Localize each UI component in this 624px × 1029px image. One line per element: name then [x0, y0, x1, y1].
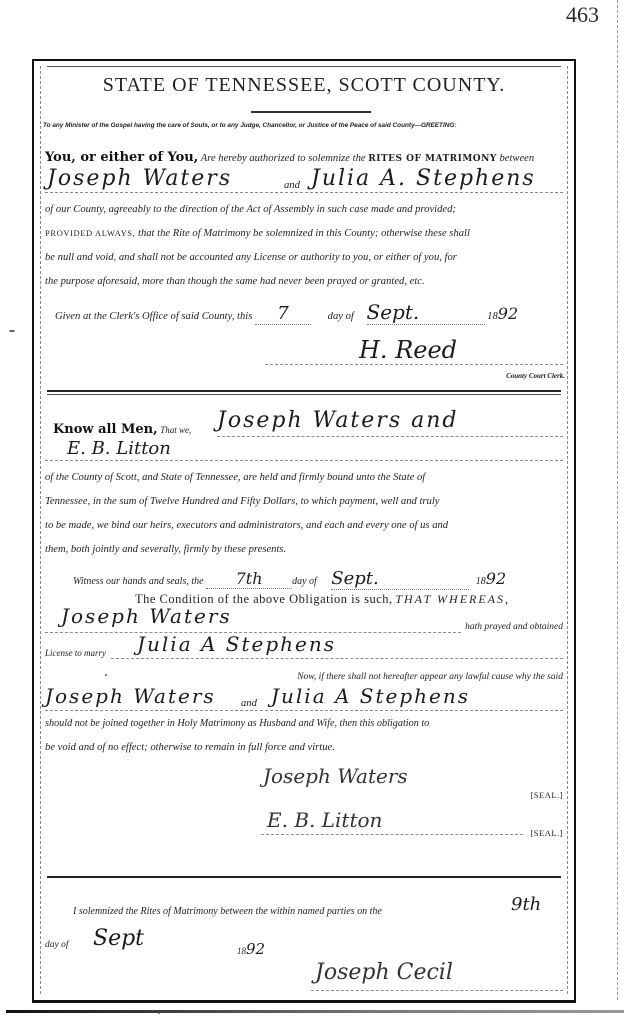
obligor-1[interactable]: Joseph Waters and: [217, 408, 458, 433]
intended-name[interactable]: Julia A Stephens: [137, 632, 336, 656]
license-body-line-3: be null and void, and shall not be accou…: [45, 252, 563, 263]
return-year-suffix[interactable]: 92: [246, 940, 265, 958]
rites-caps: RITES OF MATRIMONY: [368, 154, 497, 164]
witness-line: Witness our hands and seals, the 7thday …: [73, 568, 563, 590]
stray-mark: [105, 674, 107, 676]
day-of-label: day of: [292, 576, 317, 587]
given-prefix: Given at the Clerk's Office of said Coun…: [55, 311, 252, 322]
clerk-signature[interactable]: H. Reed: [359, 336, 457, 364]
bond-body-line-1: of the County of Scott, and State of Ten…: [45, 472, 563, 483]
bond-body-line-4: them, both jointly and severally, firmly…: [45, 544, 563, 555]
bond-body-line-2: Tennessee, in the sum of Twelve Hundred …: [45, 496, 563, 507]
ornament-rule: [251, 111, 371, 113]
know-all-men: Know all Men,: [53, 422, 158, 437]
intended-rule: [111, 658, 563, 659]
authorize-text: Are hereby authorized to solemnize the: [198, 153, 368, 164]
given-line: Given at the Clerk's Office of said Coun…: [55, 300, 563, 325]
page-number: 463: [566, 2, 599, 28]
form-inner-border: STATE OF TENNESSEE, SCOTT COUNTY. To any…: [40, 66, 568, 994]
clerk-title: County Court Clerk.: [506, 372, 565, 380]
witness-day-field[interactable]: 7th: [206, 569, 292, 589]
return-section: I solemnized the Rites of Matrimony betw…: [41, 878, 567, 998]
bond-body-line-5: should not be joined together in Holy Ma…: [45, 718, 563, 729]
given-month-field[interactable]: Sept.: [367, 300, 485, 325]
officiant-signature[interactable]: Joseph Cecil: [315, 960, 453, 985]
whereas: THAT WHEREAS,: [395, 592, 510, 606]
license-body-line-1: of our County, agreeably to the directio…: [45, 204, 563, 215]
provided-rest: that the Rite of Matrimony be solemnized…: [135, 228, 470, 239]
obligor-2-rule: [45, 460, 563, 461]
year-prefix: 18: [476, 576, 486, 587]
witness-year[interactable]: 92: [486, 569, 506, 588]
given-day: 7: [277, 303, 288, 324]
bond-body-line-6: be void and of no effect; otherwise to r…: [45, 742, 563, 753]
license-body-line-2: PROVIDED ALWAYS, that the Rite of Matrim…: [45, 228, 563, 239]
license-body-line-4: the purpose aforesaid, more than though …: [45, 276, 563, 287]
return-year: 1892: [237, 940, 265, 958]
return-month[interactable]: Sept: [93, 926, 144, 951]
license-bond-divider: [47, 390, 561, 392]
hath-prayed: hath prayed and obtained: [465, 622, 563, 632]
witness-month: Sept.: [331, 568, 378, 589]
and-word: and: [284, 180, 300, 191]
seal-1: [SEAL.]: [530, 790, 563, 800]
signature-2-rule: [261, 834, 523, 835]
given-day-field[interactable]: 7: [255, 303, 311, 325]
authorization-line: You, or either of You, Are hereby author…: [45, 150, 563, 165]
and-word: and: [241, 698, 257, 709]
given-month: Sept.: [367, 300, 420, 324]
year-prefix: 18: [487, 311, 498, 322]
return-day[interactable]: 9th: [511, 894, 541, 915]
parties-rule: [45, 710, 563, 711]
signature-1[interactable]: Joseph Waters: [263, 764, 408, 788]
seal-2: [SEAL.]: [530, 828, 563, 838]
bond-body-line-3: to be made, we bind our heirs, executors…: [45, 520, 563, 531]
provided-caps: PROVIDED ALWAYS,: [45, 228, 135, 238]
return-text-line: I solemnized the Rites of Matrimony betw…: [73, 906, 563, 917]
form-title: STATE OF TENNESSEE, SCOTT COUNTY.: [41, 74, 567, 97]
bride-name[interactable]: Julia A. Stephens: [311, 166, 536, 191]
now-if-line: Now, if there shall not hereafter appear…: [297, 672, 563, 682]
party-1-name[interactable]: Joseph Waters: [45, 684, 216, 708]
year-prefix: 18: [237, 946, 246, 956]
names-rule: [45, 192, 563, 193]
given-year[interactable]: 92: [498, 304, 518, 323]
day-of-label: day of: [328, 311, 354, 322]
witness-prefix: Witness our hands and seals, the: [73, 576, 204, 587]
license-bond-divider-inner: [47, 394, 561, 395]
party-2-name[interactable]: Julia A Stephens: [271, 684, 470, 708]
that-we: That we,: [160, 425, 191, 435]
signature-2[interactable]: E. B. Litton: [267, 808, 382, 832]
between-word: between: [497, 153, 534, 164]
clerk-signature-rule: [265, 364, 563, 365]
license-section: STATE OF TENNESSEE, SCOTT COUNTY. To any…: [41, 66, 567, 396]
marriage-record-form: STATE OF TENNESSEE, SCOTT COUNTY. To any…: [32, 59, 576, 1003]
authorize-lead: You, or either of You,: [45, 150, 198, 165]
greeting-line: To any Minister of the Gospel having the…: [43, 122, 565, 129]
scan-bottom-rule: [6, 1010, 624, 1013]
stray-mark: [158, 1012, 160, 1014]
top-rule: [47, 66, 561, 67]
groom-name[interactable]: Joseph Waters: [47, 166, 232, 191]
return-text: I solemnized the Rites of Matrimony betw…: [73, 906, 382, 917]
obligor-1-rule: [217, 436, 563, 437]
day-of-label: day of: [45, 940, 68, 950]
witness-month-field[interactable]: Sept.: [331, 568, 469, 590]
obligor-2[interactable]: E. B. Litton: [67, 438, 171, 459]
officiant-rule: [311, 990, 563, 991]
stray-mark: [9, 330, 15, 332]
bond-section: Know all Men, That we, Joseph Waters and…: [41, 396, 567, 866]
applicant-name[interactable]: Joseph Waters: [61, 604, 232, 628]
page-edge-line: [617, 0, 619, 1000]
witness-day: 7th: [236, 569, 263, 588]
